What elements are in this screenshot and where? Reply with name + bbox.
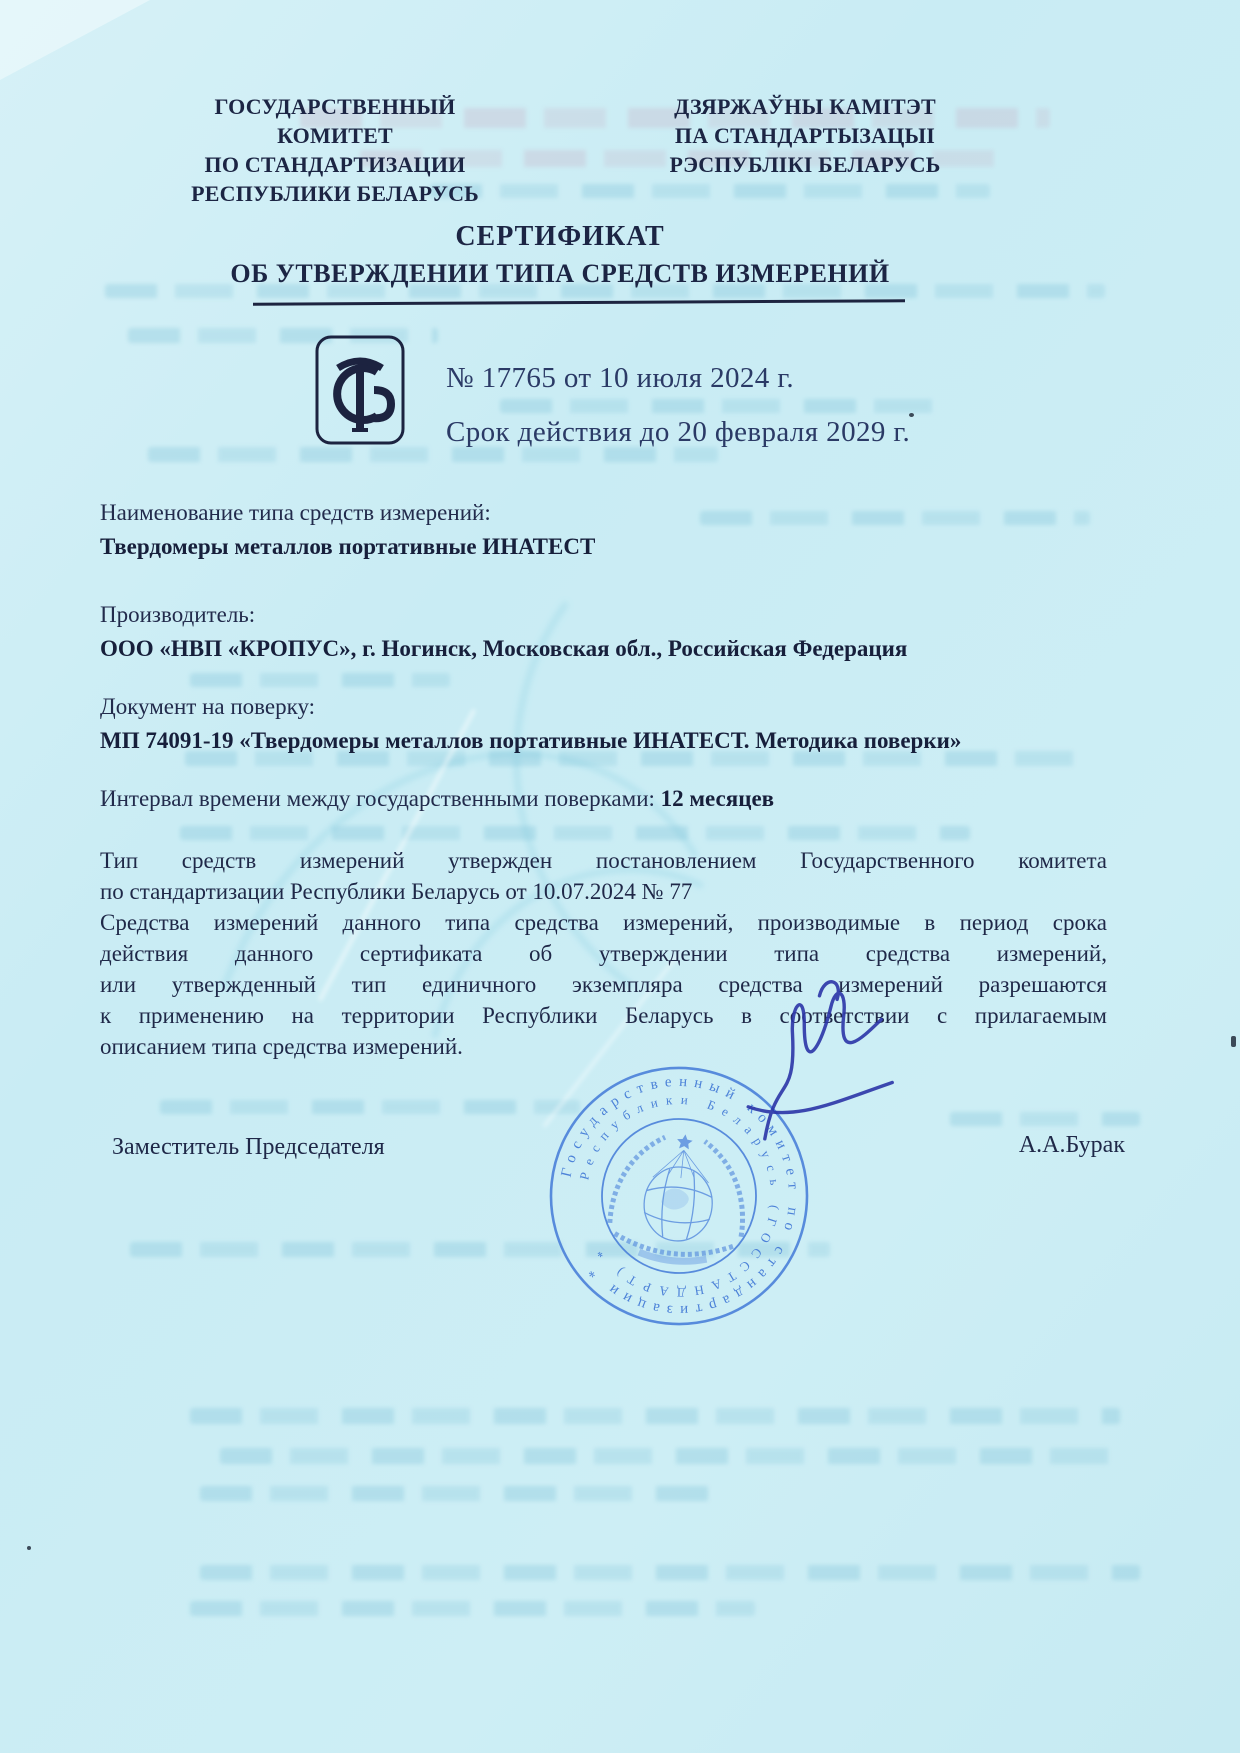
header-line: ПА СТАНДАРТЫЗАЦЫІ	[640, 121, 970, 150]
scan-corner-artifact	[0, 0, 150, 80]
header-russian: ГОСУДАРСТВЕННЫЙ КОМИТЕТ ПО СТАНДАРТИЗАЦИ…	[160, 92, 510, 208]
field-value-type-name: Твердомеры металлов портативные ИНАТЕСТ	[100, 534, 1120, 560]
header-line: РЭСПУБЛІКІ БЕЛАРУСЬ	[640, 150, 970, 179]
body-line: действия данного сертификата об утвержде…	[100, 938, 1107, 969]
body-line: или утвержденный тип единичного экземпля…	[100, 969, 1107, 1000]
field-label-manufacturer: Производитель:	[100, 602, 1110, 628]
signatory-position: Заместитель Председателя	[112, 1134, 385, 1161]
body-paragraph: Тип средств измерений утвержден постанов…	[100, 845, 1107, 1062]
header-line: ПО СТАНДАРТИЗАЦИИ	[160, 150, 510, 179]
body-line: Средства измерений данного типа средства…	[100, 907, 1107, 938]
edge-mark	[1231, 1036, 1236, 1047]
title-underline	[253, 299, 905, 305]
ghost-bleed-line	[148, 447, 718, 462]
field-value-verification-doc: МП 74091-19 «Твердомеры металлов портати…	[100, 728, 1120, 754]
body-line: по стандартизации Республики Беларусь от…	[100, 876, 1107, 907]
ghost-bleed-line	[500, 399, 950, 413]
ink-speck	[27, 1546, 31, 1550]
coat-of-arms-belarus-icon	[606, 1127, 751, 1267]
ghost-bleed-line	[180, 826, 970, 840]
ghost-bleed-line	[190, 1408, 1120, 1424]
document-subtitle: ОБ УТВЕРЖДЕНИИ ТИПА СРЕДСТВ ИЗМЕРЕНИЙ	[160, 259, 960, 289]
verification-interval-line: Интервал времени между государственными …	[100, 786, 1110, 812]
header-line: РЕСПУБЛИКИ БЕЛАРУСЬ	[160, 179, 510, 208]
signatory-name: А.А.Бурак	[1019, 1132, 1125, 1159]
ghost-bleed-line	[160, 1100, 580, 1114]
certificate-number: № 17765 от 10 июля 2024 г.	[446, 362, 794, 395]
ghost-bleed-line	[190, 673, 450, 687]
ghost-bleed-line	[950, 1112, 1140, 1126]
field-value-manufacturer: ООО «НВП «КРОПУС», г. Ногинск, Московска…	[100, 636, 1120, 662]
field-label-type-name: Наименование типа средств измерений:	[100, 500, 1110, 526]
header-line: ДЗЯРЖАЎНЫ КАМІТЭТ	[640, 92, 970, 121]
handwritten-signature	[719, 960, 926, 1154]
ghost-bleed-line	[220, 1448, 1120, 1464]
body-line: Тип средств измерений утвержден постанов…	[100, 845, 1107, 876]
header-belarusian: ДЗЯРЖАЎНЫ КАМІТЭТ ПА СТАНДАРТЫЗАЦЫІ РЭСП…	[640, 92, 970, 179]
interval-label: Интервал времени между государственными …	[100, 786, 655, 811]
certificate-page: ГОСУДАРСТВЕННЫЙ КОМИТЕТ ПО СТАНДАРТИЗАЦИ…	[0, 0, 1240, 1753]
ghost-bleed-line	[430, 184, 990, 198]
ink-speck	[909, 413, 914, 417]
ghost-bleed-line	[190, 1601, 755, 1616]
body-line: к применению на территории Республики Бе…	[100, 1000, 1107, 1031]
interval-value: 12 месяцев	[661, 786, 774, 811]
field-label-verification-doc: Документ на поверку:	[100, 694, 1110, 720]
ghost-bleed-line	[200, 1486, 710, 1501]
header-line: ГОСУДАРСТВЕННЫЙ КОМИТЕТ	[160, 92, 510, 150]
document-title: СЕРТИФИКАТ	[160, 221, 960, 253]
stb-standard-mark-icon	[314, 334, 406, 446]
validity-date: Срок действия до 20 февраля 2029 г.	[446, 416, 910, 449]
ghost-bleed-line	[200, 1565, 1140, 1580]
